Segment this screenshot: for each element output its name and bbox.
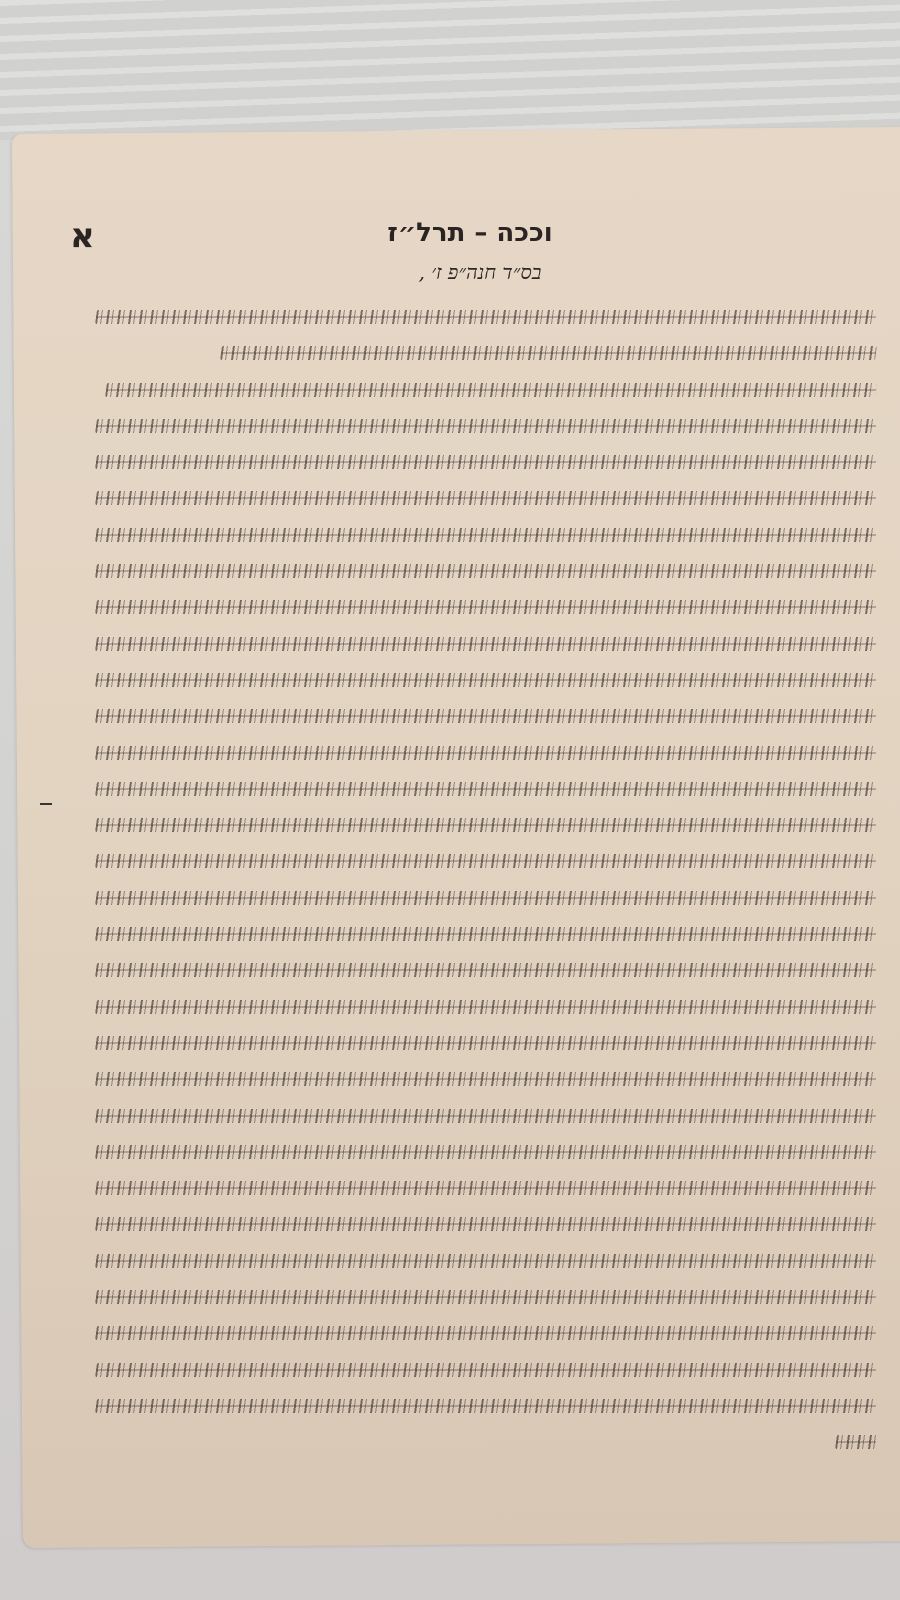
ink-stroke [95, 1290, 877, 1304]
margin-mark [40, 803, 52, 805]
ink-stroke [95, 600, 877, 614]
handwritten-line: handwritten line 16 [96, 844, 876, 880]
handwritten-line: handwritten line 27 [96, 1244, 876, 1280]
handwritten-line: handwritten line 30 [96, 1353, 876, 1389]
ink-stroke [95, 927, 877, 941]
ink-stroke [95, 1181, 877, 1195]
page-subtitle: בס״ד חנה״פ ז׳ , [0, 260, 900, 285]
handwritten-line: handwritten line 14 [96, 772, 876, 808]
ink-stroke [95, 891, 877, 905]
ink-stroke [95, 1036, 877, 1050]
ink-stroke [95, 419, 877, 433]
ink-stroke [95, 1363, 877, 1377]
handwritten-line: handwritten line 7 [96, 518, 876, 554]
handwritten-line: handwritten line 15 [96, 808, 876, 844]
handwritten-line: handwritten line 11 [96, 663, 876, 699]
handwritten-line: handwritten line 18 [96, 917, 876, 953]
handwritten-line: handwritten line 28 [96, 1280, 876, 1316]
ink-stroke [95, 1109, 877, 1123]
background-surface [0, 0, 900, 140]
ink-stroke [95, 1145, 877, 1159]
ink-stroke [95, 1072, 877, 1086]
ink-stroke [95, 1000, 877, 1014]
handwritten-line: handwritten line 8 [96, 554, 876, 590]
handwritten-line: handwritten line 2 [96, 336, 876, 372]
handwritten-line: handwritten line 9 [96, 590, 876, 626]
ink-stroke [95, 782, 877, 796]
handwritten-line: handwritten line 4 [96, 409, 876, 445]
page-title: וככה – תרל״ז [0, 218, 900, 248]
ink-stroke [835, 1435, 877, 1449]
handwritten-line: handwritten line 21 [96, 1026, 876, 1062]
handwritten-line: handwritten line 19 [96, 953, 876, 989]
handwritten-line: handwritten line 22 [96, 1062, 876, 1098]
ink-stroke [95, 637, 877, 651]
handwritten-line: handwritten line 12 [96, 699, 876, 735]
handwritten-line: handwritten line 26 [96, 1207, 876, 1243]
ink-stroke [95, 854, 877, 868]
ink-stroke [95, 709, 877, 723]
ink-stroke [95, 1326, 877, 1340]
ink-stroke [105, 383, 877, 397]
handwritten-line: handwritten line 10 [96, 627, 876, 663]
ink-stroke [95, 818, 877, 832]
handwritten-line: handwritten line 29 [96, 1316, 876, 1352]
handwritten-line: handwritten line 31 [96, 1389, 876, 1425]
ink-stroke [220, 346, 877, 360]
handwritten-line: handwritten line 23 [96, 1099, 876, 1135]
handwritten-line: handwritten line 3 [96, 373, 876, 409]
handwritten-line: handwritten line 32 [96, 1425, 876, 1461]
ink-stroke [95, 528, 877, 542]
ink-stroke [95, 746, 877, 760]
ink-stroke [95, 1254, 877, 1268]
handwritten-body: handwritten line 1handwritten line 2hand… [96, 300, 876, 1462]
ink-stroke [95, 963, 877, 977]
handwritten-line: handwritten line 20 [96, 990, 876, 1026]
handwritten-line: handwritten line 24 [96, 1135, 876, 1171]
ink-stroke [95, 1399, 877, 1413]
ink-stroke [95, 1217, 877, 1231]
handwritten-line: handwritten line 25 [96, 1171, 876, 1207]
handwritten-line: handwritten line 6 [96, 481, 876, 517]
ink-stroke [95, 673, 877, 687]
ink-stroke [95, 564, 877, 578]
handwritten-line: handwritten line 5 [96, 445, 876, 481]
handwritten-line: handwritten line 13 [96, 736, 876, 772]
ink-stroke [95, 455, 877, 469]
ink-stroke [95, 491, 877, 505]
handwritten-line: handwritten line 1 [96, 300, 876, 336]
ink-stroke [95, 310, 877, 324]
handwritten-line: handwritten line 17 [96, 881, 876, 917]
